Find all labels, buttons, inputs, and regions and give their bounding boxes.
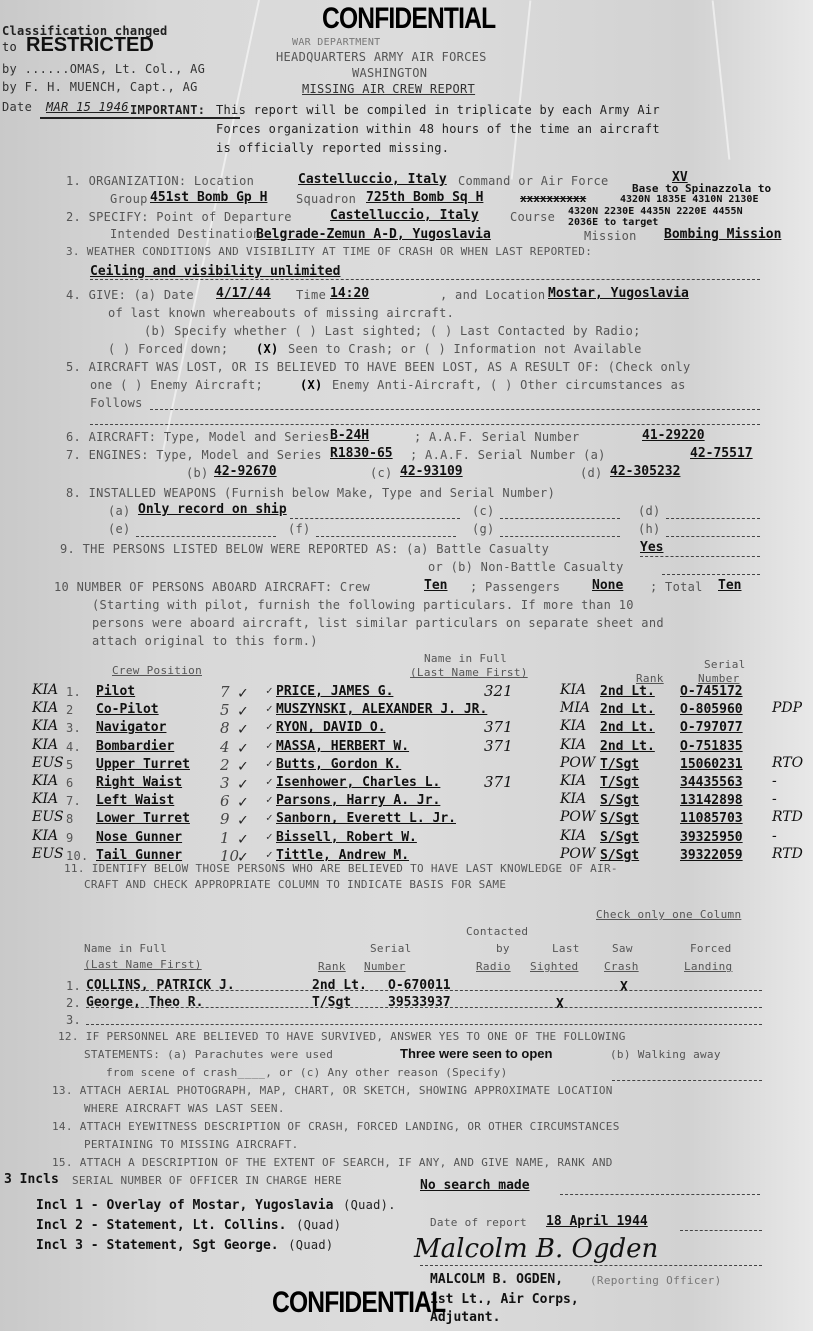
crew-header-serial-top: Serial [704,658,746,671]
s2-mission-label: Mission [584,229,637,243]
s4-line2: of last known whereabouts of missing air… [108,306,454,320]
s8-line [500,536,620,537]
crew-fate-handwritten: KIA [560,773,586,789]
confidential-stamp-bottom: CONFIDENTIAL [272,1286,445,1320]
inclosure-3-text: Incl 3 - Statement, Sgt George. [36,1238,279,1253]
s7-label: 7. ENGINES: Type, Model and Series [66,448,322,462]
crew-row: KIA 4. Bombardier 4 ✓ ✓ MASSA, HERBERT W… [0,739,813,755]
s2-label: 2. SPECIFY: Point of Departure [66,210,292,224]
s12-line [612,1080,762,1081]
report-title: MISSING AIR CREW REPORT [302,82,475,96]
s13-line1: 13. ATTACH AERIAL PHOTOGRAPH, MAP, CHART… [52,1084,613,1097]
paper-crease [511,0,532,179]
crew-row-number: 6 [66,776,74,790]
crew-row: EUS 5 Upper Turret 2 ✓ ✓ Butts, Gordon K… [0,757,813,773]
inclosure-1-text: Incl 1 - Overlay of Mostar, Yugoslavia [36,1198,333,1213]
s4-line3: (b) Specify whether ( ) Last sighted; ( … [144,324,641,338]
s12-line1: 12. IF PERSONNEL ARE BELIEVED TO HAVE SU… [58,1030,626,1043]
crew-hand-number: 5 [220,701,230,719]
crew-fate-handwritten: KIA [560,828,586,844]
check-icon: ✓ [238,829,248,848]
declassified-by-1: by ......OMAS, Lt. Col., AG [2,62,205,76]
crew-hand-number: 2 [220,756,230,774]
s11-header-name-bottom: (Last Name First) [84,958,202,971]
crew-rank: 2nd Lt. [600,684,655,699]
crew-row-number: 3. [66,721,81,735]
crew-rank: 2nd Lt. [600,702,655,717]
s3-weather: Ceiling and visibility unlimited [90,264,340,279]
s8-line [136,536,276,537]
check-icon: ✓ [266,830,273,843]
s11-header-crash: Crash [604,960,639,973]
s10-crew: Ten [424,578,447,593]
s11-header-forced-top: Forced [690,942,732,955]
witness-row-number: 1. [66,979,81,993]
crew-serial: 11085703 [680,811,743,826]
crew-fate-handwritten: POW [560,846,595,862]
crew-right-note: - [772,791,777,807]
crew-serial: 34435563 [680,775,743,790]
crew-right-note: - [772,828,777,844]
hq-line2: WASHINGTON [352,66,427,80]
s7-b-label: (b) [186,466,209,480]
paper-crease [712,0,731,159]
crew-fate-handwritten: POW [560,755,595,771]
s6-serial: 41-29220 [642,428,705,443]
crew-rank: S/Sgt [600,793,639,808]
witness-row: 2. George, Theo R. T/Sgt 39533937 X [0,995,813,1011]
reporting-officer-label: (Reporting Officer) [590,1274,722,1287]
s9-line [662,574,760,575]
crew-hand-number: 9 [220,810,230,828]
crew-right-note: RTD [772,846,803,862]
crew-rank: 2nd Lt. [600,739,655,754]
s1-detachment-struck: xxxxxxxxxx [520,192,586,205]
witness-line [86,1024,762,1025]
check-icon: ✓ [238,701,248,720]
s6-label: 6. AIRCRAFT: Type, Model and Series [66,430,329,444]
s7-engine-type: R1830-65 [330,446,393,461]
s10-note2: persons were aboard aircraft, list simil… [92,616,664,630]
s5-line2b: Enemy Anti-Aircraft, ( ) Other circumsta… [332,378,686,392]
crew-position: Navigator [96,720,166,735]
s12-line3: from scene of crash____, or (c) Any othe… [106,1066,508,1079]
s10-total: Ten [718,578,741,593]
s11-header-name-top: Name in Full [84,942,167,955]
s7-d-label: (d) [580,466,603,480]
crew-fate-handwritten: KIA [560,737,586,753]
crew-fate-handwritten: MIA [560,700,590,716]
crew-position: Lower Turret [96,811,190,826]
s15-line [560,1194,760,1195]
s4-seen-crash-checkbox[interactable]: (X) [256,342,279,356]
s7-engine-b: 42-92670 [214,464,277,479]
inclosure-2-suffix: (Quad) [296,1218,341,1232]
s9-label: 9. THE PERSONS LISTED BELOW WERE REPORTE… [60,542,549,556]
crew-serial: O-805960 [680,702,743,717]
s11-header-contacted-mid: by [496,942,510,955]
check-icon: ✓ [266,702,273,715]
s9-battle-casualty: Yes [640,540,663,555]
crew-rank: S/Sgt [600,848,639,863]
s11-header-radio: Radio [476,960,511,973]
s4-label: 4. GIVE: (a) Date [66,288,194,302]
crew-hand-number: 4 [220,738,230,756]
s7-engine-a: 42-75517 [690,446,753,461]
witness-line [86,1007,762,1008]
crew-name: PRICE, JAMES G. [276,684,393,699]
s8-c-label: (c) [472,504,495,518]
s7-engine-d: 42-305232 [610,464,680,479]
s7-engine-c: 42-93109 [400,464,463,479]
s11-header-crash-top: Saw [612,942,633,955]
check-icon: ✓ [266,684,273,697]
hq-line0: WAR DEPARTMENT [292,37,381,48]
s5-line3: Follows [90,396,143,410]
crew-row: EUS 8 Lower Turret 9 ✓ ✓ Sanborn, Everet… [0,811,813,827]
s3-line [90,279,760,280]
s8-e-label: (e) [108,522,131,536]
witness-check-mark: X [556,997,564,1012]
check-icon: ✓ [238,719,248,738]
hq-line1: HEADQUARTERS ARMY AIR FORCES [276,50,487,64]
important-text-1: This report will be compiled in triplica… [216,103,660,117]
crew-row: KIA 3. Navigator 8 ✓ ✓ RYON, DAVID O. 37… [0,720,813,736]
s1-location: Castelluccio, Italy [298,172,447,187]
crew-fate-handwritten: KIA [560,791,586,807]
report-date-label: Date of report [430,1216,527,1229]
s12-line2: STATEMENTS: (a) Parachutes were used [84,1048,333,1061]
s11-header-serial-top: Serial [370,942,412,955]
s15-search-value: No search made [420,1178,530,1193]
s14-line1: 14. ATTACH EYEWITNESS DESCRIPTION OF CRA… [52,1120,620,1133]
s8-label: 8. INSTALLED WEAPONS (Furnish below Make… [66,486,555,500]
s2-departure: Castelluccio, Italy [330,208,479,223]
course-line-4: 2036E to target [568,217,658,228]
crew-hand-number: 3 [220,774,230,792]
crew-name: Isenhower, Charles L. [276,775,440,790]
s8-weapons-a: Only record on ship [138,502,287,517]
s6-aircraft-type: B-24H [330,428,369,443]
declassified-date: MAR 15 1946 [46,100,129,114]
crew-position: Bombardier [96,739,174,754]
inclosure-2-text: Incl 2 - Statement, Lt. Collins. [36,1218,286,1233]
crew-right-note: RTD [772,809,803,825]
witness-row-number: 2. [66,996,81,1010]
crew-hand-number: 1 [220,829,230,847]
check-icon: ✓ [266,757,273,770]
document-page: CONFIDENTIAL Classification changed to R… [0,0,813,1331]
crew-name: Butts, Gordon K. [276,757,401,772]
crew-right-note: PDP [772,700,802,716]
check-icon: ✓ [266,720,273,733]
crew-header-name-bottom: (Last Name First) [410,666,528,679]
s9-line [640,556,760,557]
crew-serial: 13142898 [680,793,743,808]
classification-to: to [2,40,17,54]
crew-row-number: 1. [66,685,81,699]
crew-fate-handwritten: KIA [560,718,586,734]
crew-position: Right Waist [96,775,182,790]
check-icon: ✓ [266,775,273,788]
s8-line [666,536,760,537]
date-line [680,1230,762,1231]
s11-header-forced: Landing [684,960,732,973]
restricted-stamp: RESTRICTED [26,34,154,57]
s5-enemy-aa-checkbox[interactable]: (X) [300,378,323,392]
crew-note-handwritten: 321 [484,682,513,700]
crew-position: Nose Gunner [96,830,182,845]
crew-status-handwritten: KIA [32,718,58,734]
crew-name: Bissell, Robert W. [276,830,417,845]
crew-serial: 39322059 [680,848,743,863]
crew-status-handwritten: EUS [32,755,64,771]
s1-group: 451st Bomb Gp H [150,190,267,205]
s8-h-label: (h) [638,522,661,536]
s4-time: 14:20 [330,286,369,301]
check-icon: ✓ [238,792,248,811]
crew-position: Co-Pilot [96,702,159,717]
s2-destination-label: Intended Destination [110,227,261,241]
crew-status-handwritten: KIA [32,737,58,753]
s12-line2-tail: (b) Walking away [610,1048,721,1061]
crew-name: MASSA, HERBERT W. [276,739,409,754]
s11-line2: CRAFT AND CHECK APPROPRIATE COLUMN TO IN… [84,878,506,891]
witness-row-number: 3. [66,1013,81,1027]
witness-row: 3. [0,1012,813,1028]
crew-header-position: Crew Position [112,664,202,677]
s10-note1: (Starting with pilot, furnish the follow… [92,598,634,612]
s11-line1: 11. IDENTIFY BELOW THOSE PERSONS WHO ARE… [64,862,618,875]
s11-header-rank: Rank [318,960,346,973]
important-label: IMPORTANT: [130,103,205,117]
s4-line4b: Seen to Crash; or ( ) Information not Av… [288,342,642,356]
crew-right-note: RTO [772,755,803,771]
crew-row: KIA 6 Right Waist 3 ✓ ✓ Isenhower, Charl… [0,775,813,791]
crew-name: RYON, DAVID O. [276,720,386,735]
inclosure-2: Incl 2 - Statement, Lt. Collins. (Quad) [36,1214,341,1233]
crew-row-number: 8 [66,812,74,826]
crew-hand-number: 6 [220,792,230,810]
s6-serial-label: ; A.A.F. Serial Number [414,430,580,444]
inclosure-3: Incl 3 - Statement, Sgt George. (Quad) [36,1234,333,1253]
s11-header-serial-bottom: Number [364,960,406,973]
s5-line1: 5. AIRCRAFT WAS LOST, OR IS BELIEVED TO … [66,360,691,374]
s8-line [500,518,620,519]
s11-header-sighted: Sighted [530,960,578,973]
s11-header-contacted-top: Contacted [466,925,528,938]
crew-row: KIA 1. Pilot 7 ✓ ✓ PRICE, JAMES G. 321 K… [0,684,813,700]
s10-label: 10 NUMBER OF PERSONS ABOARD AIRCRAFT: Cr… [54,580,370,594]
s4-forced-down: ( ) Forced down; [108,342,228,356]
s4-time-label: Time [296,288,326,302]
s8-line [316,536,456,537]
crew-rank: S/Sgt [600,830,639,845]
s2-destination: Belgrade-Zemun A-D, Yugoslavia [256,227,491,242]
witness-line [86,990,762,991]
crew-row-number: 7. [66,794,81,808]
s11-check-note: Check only one Column [596,908,741,921]
crew-serial: O-751835 [680,739,743,754]
course-line-3: 4320N 2230E 4435N 2220E 4455N [568,206,743,217]
crew-fate-handwritten: POW [560,809,595,825]
crew-name: Sanborn, Everett L. Jr. [276,811,456,826]
crew-status-handwritten: KIA [32,773,58,789]
check-icon: ✓ [238,756,248,775]
declassified-by-2: by F. H. MUENCH, Capt., AG [2,80,198,94]
signer-name: MALCOLM B. OGDEN, [430,1272,563,1287]
s4-location-label: , and Location [440,288,545,302]
inclosure-1-suffix: (Quad). [343,1198,396,1212]
signature: Malcolm B. Ogden [414,1234,658,1264]
crew-status-handwritten: KIA [32,828,58,844]
s2-course-label: Course [510,210,555,224]
crew-rank: 2nd Lt. [600,720,655,735]
check-icon: ✓ [238,774,248,793]
s1-label: 1. ORGANIZATION: Location [66,174,254,188]
crew-row: KIA 7. Left Waist 6 ✓ ✓ Parsons, Harry A… [0,793,813,809]
crew-status-handwritten: KIA [32,700,58,716]
s1-squadron-label: Squadron [296,192,356,206]
witness-row: 1. COLLINS, PATRICK J. 2nd Lt. O-670011 … [0,978,813,994]
check-icon: ✓ [238,738,248,757]
s8-f-label: (f) [288,522,311,536]
important-text-2: Forces organization within 48 hours of t… [216,122,660,136]
crew-note-handwritten: 371 [484,737,513,755]
s14-line2: PERTAINING TO MISSING AIRCRAFT. [84,1138,299,1151]
s9-or-label: or (b) Non-Battle Casualty [428,560,624,574]
s5-line [150,409,760,410]
crew-name: Parsons, Harry A. Jr. [276,793,440,808]
s10-passengers: None [592,578,623,593]
signature-line [420,1265,762,1266]
s3-label: 3. WEATHER CONDITIONS AND VISIBILITY AT … [66,245,592,258]
crew-position: Upper Turret [96,757,190,772]
s4-date: 4/17/44 [216,286,271,301]
s10-note3: attach original to this form.) [92,634,318,648]
crew-position: Left Waist [96,793,174,808]
course-line-2: 4320N 1835E 4310N 2130E [620,194,758,205]
crew-hand-number: 8 [220,719,230,737]
s8-a-label: (a) [108,504,131,518]
inclosures-count: 3 Incls [4,1172,59,1187]
crew-status-handwritten: KIA [32,682,58,698]
s10-total-label: ; Total [650,580,703,594]
s7-serial-label: ; A.A.F. Serial Number (a) [410,448,606,462]
s10-passengers-label: ; Passengers [470,580,560,594]
s13-line2: WHERE AIRCRAFT WAS LAST SEEN. [84,1102,285,1115]
s7-c-label: (c) [370,466,393,480]
crew-hand-number: 7 [220,683,230,701]
crew-position: Pilot [96,684,135,699]
crew-row-number: 5 [66,758,74,772]
check-icon: ✓ [238,810,248,829]
crew-status-handwritten: KIA [32,791,58,807]
check-icon: ✓ [266,848,273,861]
crew-row-number: 2 [66,703,74,717]
s12-parachutes-value: Three were seen to open [400,1046,552,1061]
s15-line2: SERIAL NUMBER OF OFFICER IN CHARGE HERE [72,1174,342,1187]
s8-d-label: (d) [638,504,661,518]
crew-position: Tail Gunner [96,848,182,863]
crew-row-number: 10. [66,849,89,863]
strike-line [40,117,240,119]
crew-rank: T/Sgt [600,775,639,790]
important-text-3: is officially reported missing. [216,141,449,155]
crew-name: Tittle, Andrew M. [276,848,409,863]
crew-note-handwritten: 371 [484,718,513,736]
crew-row-number: 4. [66,740,81,754]
s5-line2a: one ( ) Enemy Aircraft; [90,378,263,392]
crew-serial: O-745172 [680,684,743,699]
crew-right-note: - [772,773,777,789]
crew-rank: T/Sgt [600,757,639,772]
s5-line-2 [90,424,760,425]
crew-note-handwritten: 371 [484,773,513,791]
check-icon: ✓ [266,811,273,824]
check-icon: ✓ [266,793,273,806]
crew-serial: 15060231 [680,757,743,772]
inclosure-3-suffix: (Quad) [288,1238,333,1252]
inclosure-1: Incl 1 - Overlay of Mostar, Yugoslavia (… [36,1194,396,1213]
s8-g-label: (g) [472,522,495,536]
declassified-date-label: Date [2,100,32,114]
report-date: 18 April 1944 [546,1214,648,1229]
s15-line1: 15. ATTACH A DESCRIPTION OF THE EXTENT O… [52,1156,613,1169]
crew-rank: S/Sgt [600,811,639,826]
crew-serial: O-797077 [680,720,743,735]
s8-line [290,518,460,519]
crew-fate-handwritten: KIA [560,682,586,698]
s11-header-sighted-top: Last [552,942,580,955]
confidential-stamp-top: CONFIDENTIAL [322,2,495,36]
crew-row-number: 9 [66,831,74,845]
crew-row: KIA 2 Co-Pilot 5 ✓ ✓ MUSZYNSKI, ALEXANDE… [0,702,813,718]
signer-rank: 1st Lt., Air Corps, [430,1292,579,1307]
check-icon: ✓ [238,683,248,702]
s4-location: Mostar, Yugoslavia [548,286,689,301]
crew-name: MUSZYNSKI, ALEXANDER J. JR. [276,702,487,717]
crew-status-handwritten: EUS [32,809,64,825]
crew-status-handwritten: EUS [32,846,64,862]
check-icon: ✓ [266,739,273,752]
s2-mission: Bombing Mission [664,227,781,242]
crew-header-name-top: Name in Full [424,652,507,665]
s8-line [666,518,760,519]
crew-row: KIA 9 Nose Gunner 1 ✓ ✓ Bissell, Robert … [0,830,813,846]
witness-check-mark: X [620,980,628,995]
crew-serial: 39325950 [680,830,743,845]
s1-squadron: 725th Bomb Sq H [366,190,483,205]
s1-group-label: Group [110,192,148,206]
s1-command-label: Command or Air Force [458,174,609,188]
